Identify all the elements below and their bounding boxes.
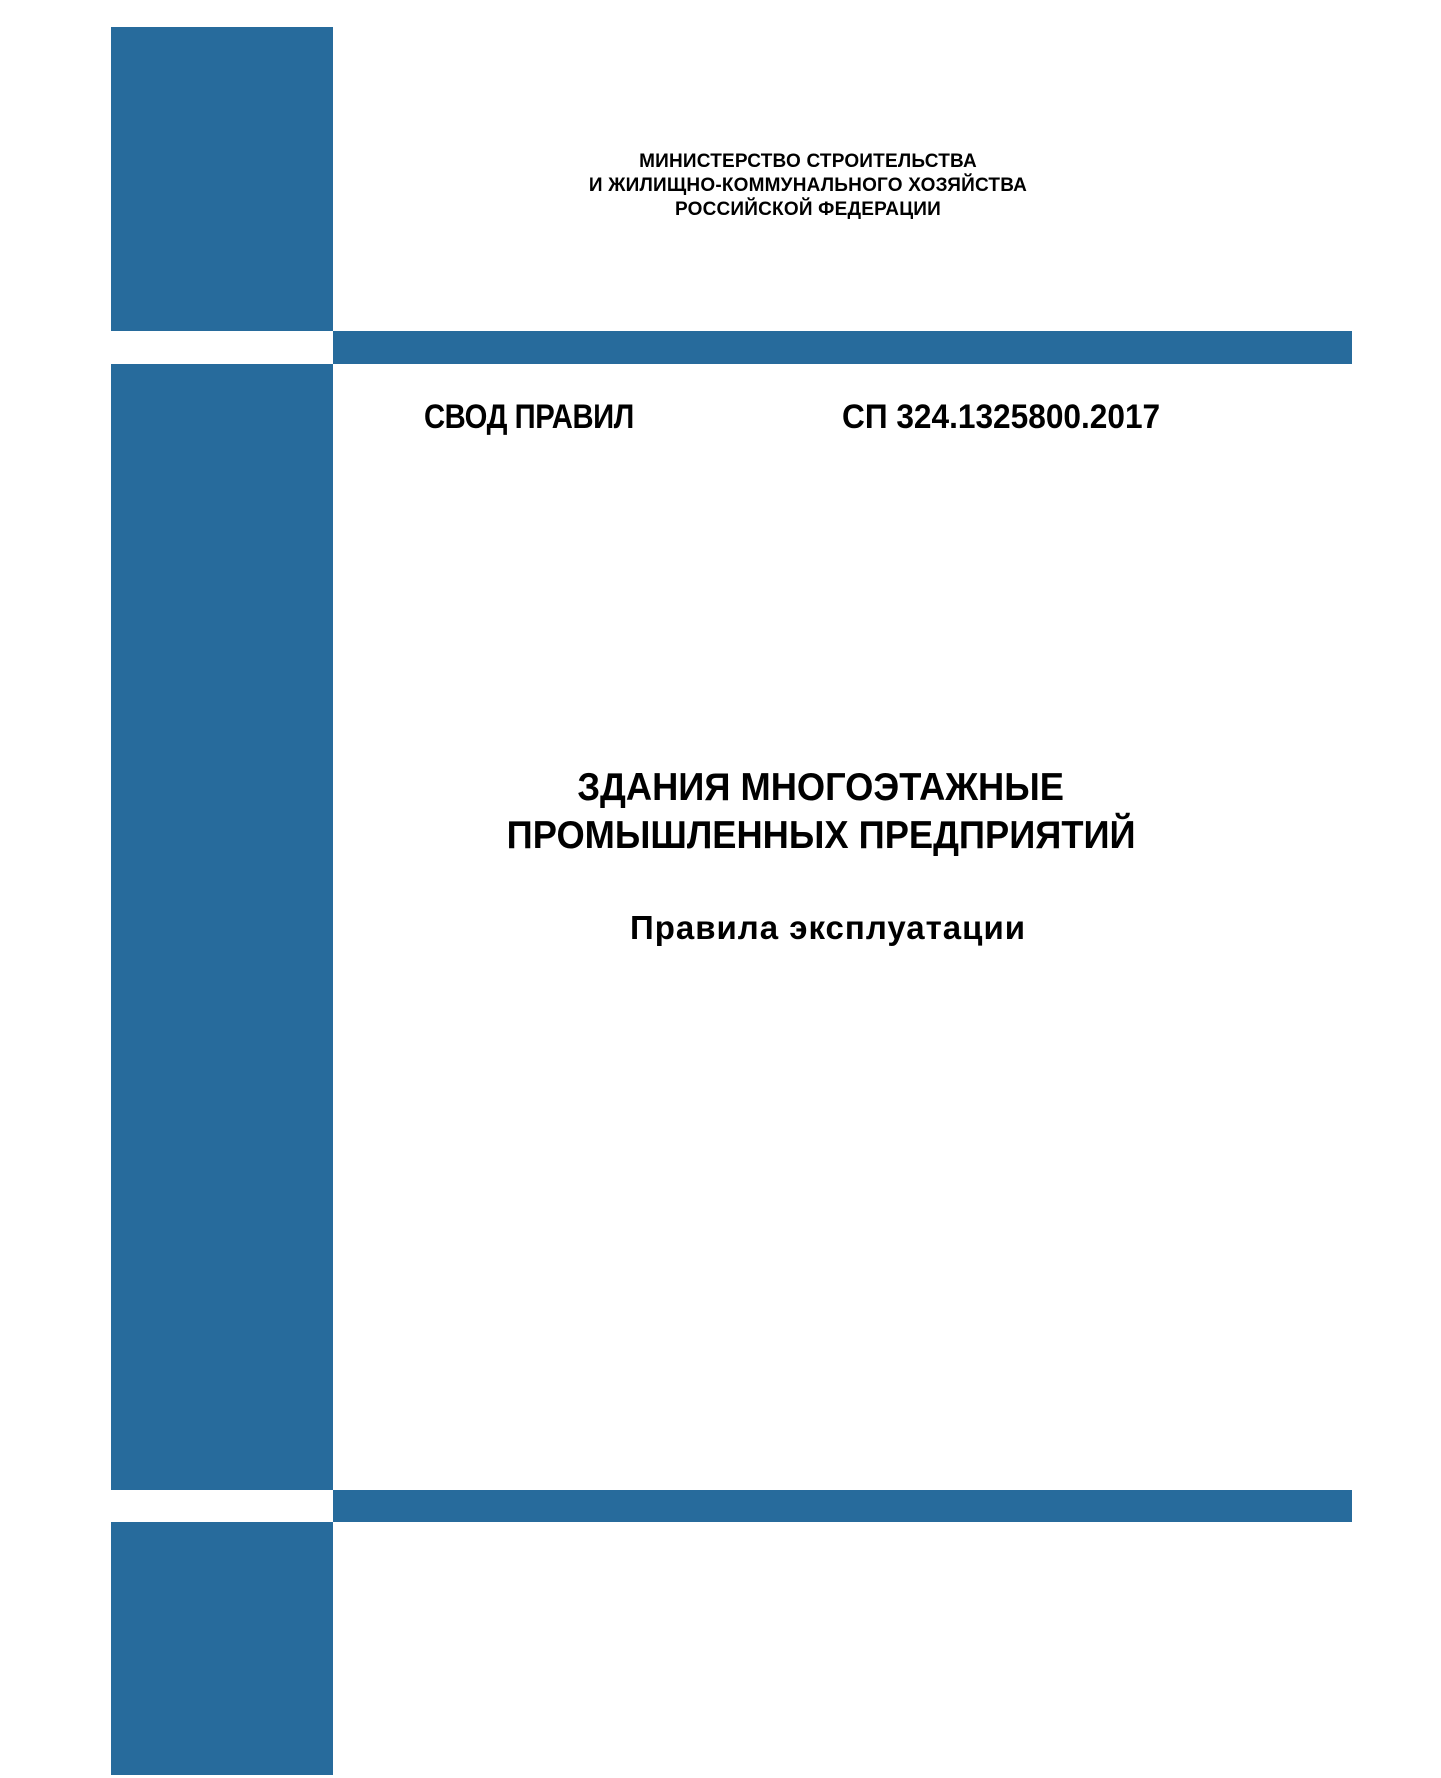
ministry-name: МИНИСТЕРСТВО СТРОИТЕЛЬСТВА И ЖИЛИЩНО-КОМ… [508,150,1108,222]
decor-block-left-bottom [111,1522,333,1775]
document-number: СП 324.1325800.2017 [842,398,1160,436]
title-line-1: ЗДАНИЯ МНОГОЭТАЖНЫЕ [578,764,1065,812]
decor-block-left-top [111,27,333,331]
document-title: ЗДАНИЯ МНОГОЭТАЖНЫЕ ПРОМЫШЛЕННЫХ ПРЕДПРИ… [333,764,1309,860]
ministry-line-3: РОССИЙСКОЙ ФЕДЕРАЦИИ [508,198,1108,222]
decor-band-bottom [333,1490,1352,1522]
title-line-2: ПРОМЫШЛЕННЫХ ПРЕДПРИЯТИЙ [507,812,1136,860]
document-type: СВОД ПРАВИЛ [424,398,634,436]
ministry-line-2: И ЖИЛИЩНО-КОММУНАЛЬНОГО ХОЗЯЙСТВА [508,174,1108,198]
decor-band-top [333,331,1352,364]
document-subtitle: Правила эксплуатации [333,908,1323,948]
decor-block-left-middle [111,364,333,1490]
ministry-line-1: МИНИСТЕРСТВО СТРОИТЕЛЬСТВА [508,150,1108,174]
